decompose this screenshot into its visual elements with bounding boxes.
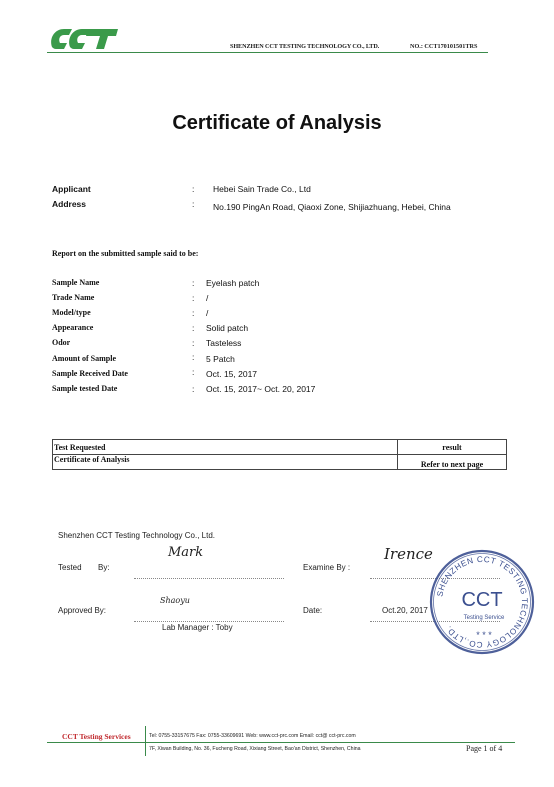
document-title: Certificate of Analysis [0, 112, 554, 135]
applicant-value: Hebei Sain Trade Co., Ltd [213, 184, 311, 194]
lab-manager: Lab Manager : Toby [162, 623, 233, 632]
sample-field-separator: : [192, 308, 194, 318]
approved-signature: Shaoyu [160, 596, 190, 605]
report-number: NO.: CCT170101501TRS [410, 43, 477, 50]
header-divider [47, 52, 488, 53]
footer-address: 7F, Xiwan Building, No. 36, Fucheng Road… [149, 746, 361, 752]
tested-by-label: By: [98, 563, 110, 572]
address-value: No.190 PingAn Road, Qiaoxi Zone, Shijiaz… [213, 202, 451, 212]
sample-field-value: Tasteless [206, 338, 241, 348]
tested-signature: Mark [168, 545, 203, 560]
sample-field-label: Model/type [52, 308, 91, 317]
sample-field-value: Eyelash patch [206, 278, 259, 288]
footer-contact: Tel: 0755-33157675 Fax: 0755-33609691 We… [149, 733, 356, 739]
sample-field-value: / [206, 308, 208, 318]
sample-field-label: Sample tested Date [52, 384, 117, 393]
tested-signature-line [134, 578, 284, 579]
approved-signature-line [134, 621, 284, 622]
header-company-name: SHENZHEN CCT TESTING TECHNOLOGY CO., LTD… [230, 43, 379, 50]
sample-field-separator: : [192, 278, 194, 288]
cct-logo [50, 25, 120, 51]
company-seal-stamp: SHENZHEN CCT TESTING TECHNOLOGY CO.,LTD.… [428, 548, 536, 656]
sample-field-separator: : [192, 338, 194, 348]
examine-signature: Irence [384, 545, 433, 563]
svg-text:CCT: CCT [461, 589, 502, 611]
sample-field-label: Sample Received Date [52, 369, 128, 378]
footer-vertical-divider [145, 726, 146, 756]
applicant-separator: : [192, 184, 194, 194]
sample-field-label: Trade Name [52, 293, 94, 302]
address-label: Address [52, 199, 86, 209]
tested-label: Tested [58, 563, 82, 572]
sample-field-value: Solid patch [206, 323, 248, 333]
footer-horizontal-divider [47, 742, 515, 743]
sample-field-separator: : [192, 384, 194, 394]
sample-field-label: Odor [52, 338, 70, 347]
sample-field-value: Oct. 15, 2017 [206, 369, 257, 379]
sample-field-label: Sample Name [52, 278, 99, 287]
table-header-row: Test Requested result [53, 440, 507, 455]
date-label: Date: [303, 606, 322, 615]
header-result: result [398, 440, 507, 455]
cell-result: Refer to next page [398, 455, 507, 470]
table-row: Certificate of Analysis Refer to next pa… [53, 455, 507, 470]
sample-field-value: 5 Patch [206, 354, 235, 364]
test-table: Test Requested result Certificate of Ana… [52, 439, 507, 470]
sample-field-value: / [206, 293, 208, 303]
cell-test-name: Certificate of Analysis [53, 455, 398, 470]
sample-field-label: Amount of Sample [52, 354, 116, 363]
applicant-label: Applicant [52, 184, 91, 194]
svg-text:* * *: * * * [476, 630, 492, 640]
address-separator: : [192, 199, 194, 209]
examine-label: Examine By : [303, 563, 350, 572]
sample-field-separator: : [192, 367, 194, 377]
signature-company: Shenzhen CCT Testing Technology Co., Ltd… [58, 531, 215, 540]
sample-field-value: Oct. 15, 2017~ Oct. 20, 2017 [206, 384, 315, 394]
sample-field-separator: : [192, 293, 194, 303]
header-test-requested: Test Requested [53, 440, 398, 455]
svg-text:Testing Service: Testing Service [464, 615, 505, 621]
sample-field-label: Appearance [52, 323, 93, 332]
sample-field-separator: : [192, 323, 194, 333]
sample-field-separator: : [192, 352, 194, 362]
approved-label: Approved By: [58, 606, 106, 615]
date-value: Oct.20, 2017 [382, 606, 428, 615]
page-number: Page 1 of 4 [466, 744, 502, 753]
report-intro: Report on the submitted sample said to b… [52, 249, 198, 258]
footer-brand: CCT Testing Services [62, 732, 131, 741]
